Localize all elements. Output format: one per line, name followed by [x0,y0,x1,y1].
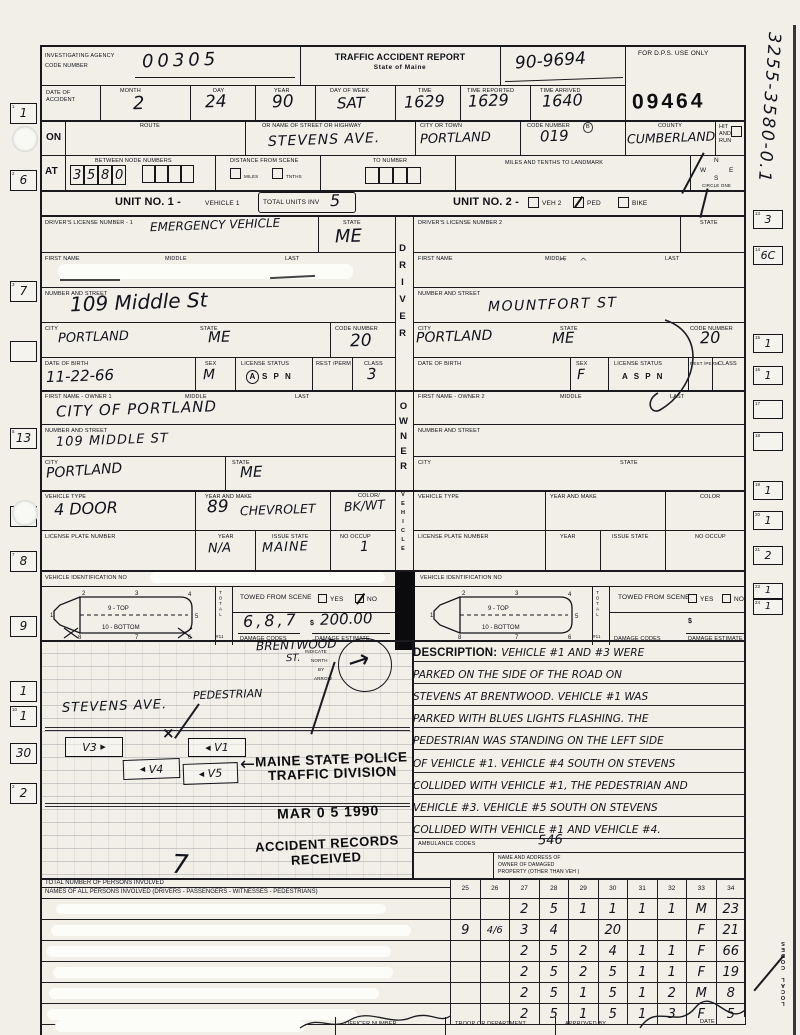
table-cell: 5 [598,983,628,1004]
margin-box [10,341,37,362]
divider [100,85,101,120]
compass-n: N [714,157,719,165]
margin-box: 1 [10,681,37,702]
redaction-whiteout [53,967,393,978]
node-digit-box-empty[interactable] [142,165,155,183]
v1-occup-value: 1 [360,540,369,554]
redaction-whiteout [58,264,353,279]
unit1-sub-label: VEHICLE 1 [205,200,240,208]
table-cell [480,962,510,983]
v3-label: V3 [82,741,97,754]
v2-occup-label: NO OCCUP [695,534,726,541]
node-digit: 0 [115,169,123,182]
divider [609,612,746,613]
miles-label: MILES [244,174,258,179]
divider [352,357,353,390]
bike-checkbox[interactable] [618,197,629,208]
margin-box: 146C [753,246,783,265]
pen-mark [60,279,120,281]
margin-box: 30 [10,743,37,764]
divider [40,190,746,192]
description-text: PEDESTRIAN WAS STANDING ON THE LEFT SIDE [413,735,664,749]
divider [555,1017,556,1035]
table-cell [451,983,481,1004]
table-row: 2 5 2 4 1 1 F 66 [41,941,746,962]
agency-label: INVESTIGATING AGENCY [45,53,115,60]
o1-state-value: ME [240,465,263,481]
damage-codes-value: 6,8,7 [243,612,299,630]
table-cell: 1 [657,899,687,920]
person-name-cell [41,983,451,1004]
margin-box-value: 1 [754,337,782,350]
table-cell: F [687,962,717,983]
description-text: COLLIDED WITH VEHICLE #1, THE PEDESTRIAN… [413,780,688,794]
margin-box: 513 [10,428,37,449]
diagram-num: 5 [195,614,199,620]
table-row: 2 5 2 5 1 1 F 19 [41,962,746,983]
margin-box-value: 6 [11,173,36,187]
to-number-box[interactable] [393,167,407,184]
unit1-label: UNIT NO. 1 - [115,196,181,209]
damage-estimate-value: 200.00 [320,611,373,628]
description-line: VEHICLE #3. VEHICLE #5 SOUTH ON STEVENS [413,795,745,817]
month-value: 2 [133,95,145,113]
street-name-value: STEVENS AVE. [268,131,381,149]
divider [195,357,196,390]
description-line: DESCRIPTION: VEHICLE #1 AND #3 WERE [413,640,745,662]
veh2-checkbox[interactable] [528,197,539,208]
margin-box-value: 1 [754,585,782,596]
divider [680,215,681,252]
time-reported-value: 1629 [468,92,509,109]
description-line: STEVENS AT BRENTWOOD. VEHICLE #1 WAS [413,684,745,706]
v1-plate-year-value: N/A [208,542,231,556]
margin-box-value: 2 [11,786,36,800]
divider [135,77,295,78]
margin-box-value: 1 [11,684,36,698]
arrow-icon: ◀ [205,744,210,752]
to-number-box[interactable] [365,167,379,184]
north-label: NORTH [311,658,328,663]
col-header: 27 [510,879,540,899]
divider [330,490,331,570]
table-cell: 1 [569,899,599,920]
v2-plate-label: LICENSE PLATE NUMBER [418,534,488,541]
divider [225,456,226,490]
unit2-label: UNIT NO. 2 - [453,196,519,209]
d1-status-rest: S P N [262,372,293,382]
divider [40,287,395,288]
towed2-label: TOWED FROM SCENE [618,594,690,602]
scanned-accident-report: INVESTIGATING AGENCY CODE NUMBER 00305 T… [0,0,800,1035]
divider [245,120,246,155]
divider [413,852,746,853]
local-codes-label: LOCAL CODES [780,940,786,1006]
divider [255,530,256,570]
hit-label: HIT [719,124,728,131]
table-cell [451,899,481,920]
to-number-label: TO NUMBER [355,158,425,165]
d2-state2-value: ME [552,331,575,347]
divider [40,586,395,587]
divider [686,633,744,634]
form-title: TRAFFIC ACCIDENT REPORT [300,52,500,63]
hole-punch [12,500,38,526]
o2-middle-label: MIDDLE [560,394,582,401]
total-vertical-label: TOTAL [218,590,223,618]
indicate-label: INDICATE [305,649,327,654]
divider [415,586,746,587]
margin-box: 101 [10,706,37,727]
vin2-label: VEHICLE IDENTIFICATION NO [420,575,502,582]
table-cell: 9 [451,920,481,941]
divider [395,215,396,570]
table-header-row: TOTAL NUMBER OF PERSONS INVOLVED NAMES O… [41,879,746,899]
divider [395,85,396,120]
table-cell: 2 [510,962,540,983]
diagram-num: 2 [462,591,466,597]
d1-code-value: 20 [350,333,372,351]
ped-checkbox[interactable] [573,197,584,208]
divider [530,85,531,120]
ped-label: PED [587,200,601,208]
table-cell: 4 [598,941,628,962]
d2-city-value: PORTLAND [416,329,493,346]
divider [318,215,319,252]
table-row: 9 4/6 3 4 20 F 21 [41,920,746,941]
on-prefix: ON [46,132,61,144]
divider [255,85,256,120]
names-label: NAMES OF ALL PERSONS INVOLVED (DRIVERS -… [41,888,450,895]
table-cell: 3 [510,920,540,941]
towed2-yes-checkbox[interactable] [688,594,697,603]
col-header: 26 [480,879,510,899]
d1-class-value: 3 [367,367,377,382]
margin-box: 133 [753,210,783,229]
margin-box-value: 6C [754,249,782,262]
divider [215,155,216,190]
divider [330,322,331,357]
to-number-box[interactable] [379,167,393,184]
v1-plate-year-label: YEAR [218,534,234,541]
node-digit-box[interactable]: 8 [98,165,112,185]
pen-mark: ^ ^ [558,258,587,268]
diagram-bottom-label: 10 - BOTTOM [102,625,140,631]
divider [232,586,233,645]
diagram-num: 5 [575,614,579,620]
ambulance-codes-label: AMBULANCE CODES [418,841,476,848]
node-digit: 5 [87,169,95,182]
divider [413,215,414,570]
divider [238,633,300,634]
day-value: 24 [205,94,227,112]
divider [40,456,395,457]
node-digit-box[interactable]: 3 [70,165,84,185]
table-cell: 1 [657,941,687,962]
v1-label: V1 [214,741,229,754]
table-cell: 5 [539,941,569,962]
towed1-yes-label: YES [330,596,343,604]
table-cell: 1 [628,941,658,962]
county-value: CUMBERLAND [627,130,716,146]
sketch-vehicle-v1: ◀ V1 [188,738,246,757]
node-digit-box-empty[interactable] [168,165,181,183]
divider [520,120,521,155]
table-cell: 2 [569,941,599,962]
description-line: PARKED WITH BLUES LIGHTS FLASHING. THE [413,706,745,728]
hole-punch [12,126,38,152]
node-digit: 8 [101,169,109,182]
v4-label: V4 [148,762,163,775]
description-text: VEHICLE #3. VEHICLE #5 SOUTH ON STEVENS [413,802,658,816]
table-cell: 4 [539,920,569,941]
table-cell: F [687,920,717,941]
d2-last-label: LAST [665,256,679,263]
by-label: BY [318,667,324,672]
diagram-num: 3 [515,591,519,597]
arrow-icon: ▶ [100,743,105,751]
margin-box: 11 [10,103,37,124]
col-header: 33 [687,879,717,899]
landmark-label: MILES AND TENTHS TO LANDMARK [505,160,603,167]
table-cell: 19 [716,962,746,983]
divider [413,456,746,457]
divider [312,357,313,390]
divider [413,287,746,288]
divider [40,120,746,122]
table-cell: 1 [628,962,658,983]
miles-checkbox[interactable] [230,168,241,179]
day-of-week-value: SAT [337,96,365,112]
diagram-bottom-label: 10 - BOTTOM [482,625,520,631]
v1-plate-label: LICENSE PLATE NUMBER [45,534,115,541]
bike-label: BIKE [632,200,647,208]
d1-rest-perm-label: REST /PERM [316,361,351,368]
driver-strip-label: DRIVER [397,243,408,345]
margin-box-value: 1 [754,601,782,612]
tenths-checkbox[interactable] [272,168,283,179]
o1-name-label: FIRST NAME - OWNER 1 [45,394,112,401]
o1-name-value: CITY OF PORTLAND [56,399,217,420]
col-header: 32 [657,879,687,899]
v1-year-value: 89 [207,499,229,517]
divider [500,45,501,85]
at-prefix: AT [45,166,58,178]
table-cell [569,920,599,941]
margin-box: 18 [753,432,783,451]
margin-box: 241 [753,599,783,615]
table-cell: 21 [716,920,746,941]
distance-from-scene-label: DISTANCE FROM SCENE [230,158,298,165]
margin-box-value: 2 [754,549,782,562]
ambulance-codes-value: 546 [538,834,563,848]
margin-box: 78 [10,551,37,572]
description-section: DESCRIPTION: VEHICLE #1 AND #3 WERE PARK… [413,640,745,830]
node-digit-box[interactable]: 0 [112,165,126,185]
report-stamp-number: 09464 [632,89,706,114]
table-cell: 20 [598,920,628,941]
margin-box: 26 [10,170,37,191]
towed1-no-checkbox[interactable] [355,594,364,603]
v5-label: V5 [207,767,222,780]
sketch-pedestrian-label: PEDESTRIAN [193,688,263,701]
margin-box-label: 17 [755,401,760,406]
total-persons-value: 7 [172,852,189,879]
property-owner-label-2: OWNER OF DAMAGED [498,862,555,868]
towed1-no-label: NO [367,596,377,604]
compass-e: E [729,167,734,175]
agency-label-2: CODE NUMBER [45,63,88,70]
d1-last-label: LAST [285,256,299,263]
sketch-vehicle-v4: ◀ V4 [123,758,181,780]
redaction-whiteout [51,925,411,936]
diagram-num: 4 [568,592,572,598]
table-cell: 1 [657,962,687,983]
margin-box: 151 [753,334,783,353]
person-name-cell [41,899,451,920]
d2-street-value: MOUNTFORT ST [488,296,618,315]
v1-make-value: CHEVROLET [240,503,316,518]
divider [40,424,395,425]
divider [40,490,746,492]
divider [40,45,746,47]
vehicle-damage-diagram: 9 - TOP 10 - BOTTOM 1 2 3 4 5 6 7 8 [430,590,580,640]
redaction-whiteout [46,946,391,957]
description-line: COLLIDED WITH VEHICLE #1, THE PEDESTRIAN… [413,773,745,795]
table-cell [657,920,687,941]
node-digit-box[interactable]: 5 [84,165,98,185]
divider [65,120,66,190]
towed1-label: TOWED FROM SCENE [240,594,312,602]
table-cell: 5 [539,983,569,1004]
margin-box-value: 3 [754,213,782,226]
description-line: PARKED ON THE SIDE OF THE ROAD ON [413,662,745,684]
table-cell: 23 [716,899,746,920]
d1-license-label: DRIVER'S LICENSE NUMBER - 1 [45,220,133,227]
description-text: PARKED WITH BLUES LIGHTS FLASHING. THE [413,713,648,727]
dollar-sign: $ [688,618,692,626]
troop-department-label: TROOP OR DEPARTMENT [455,1021,526,1028]
person-name-cell [41,920,451,941]
divider [415,120,416,155]
divider [413,252,746,253]
margin-box-label: 18 [755,433,760,438]
divider [609,586,610,645]
description-text: OF VEHICLE #1. VEHICLE #4 SOUTH ON STEVE… [413,758,675,772]
table-cell: 2 [510,899,540,920]
table-cell: 2 [510,941,540,962]
code-circled-mark: B [583,122,593,133]
d1-sex-value: M [203,368,216,382]
col-header: 31 [628,879,658,899]
divider [505,77,623,82]
table-cell [480,983,510,1004]
divider [320,155,321,190]
table-cell [451,941,481,962]
margin-box: 17 [753,400,783,419]
street-name-label: OR NAME OF STREET OR HIGHWAY [262,123,361,130]
scan-page-edge [793,25,796,1035]
towed2-no-checkbox[interactable] [722,594,731,603]
margin-box-value: 1 [754,514,782,527]
margin-box: 37 [10,281,37,302]
table-cell: F [687,941,717,962]
description-label: DESCRIPTION: [413,647,501,661]
table-cell: 2 [569,962,599,983]
divider [40,570,746,572]
sketch-brentwood-st-label: ST. [286,654,301,664]
to-number-box[interactable] [407,167,421,184]
d2-license-label: DRIVER'S LICENSE NUMBER 2 [418,220,502,227]
col-header: 29 [569,879,599,899]
table-cell [628,920,658,941]
table-cell [480,899,510,920]
margin-box-value: 30 [11,746,36,760]
v2-plate-year-label: YEAR [560,534,576,541]
v2-issue-label: ISSUE STATE [612,534,649,541]
property-owner-label-1: NAME AND ADDRESS OF [498,855,561,861]
hit-and-run-checkbox[interactable] [731,126,742,137]
node-digit: 3 [73,169,81,182]
margin-box-value: 13 [11,431,36,445]
table-cell: M [687,899,717,920]
arrow-icon: ◀ [199,770,205,778]
tenths-label: TNTHS [286,174,302,179]
description-text: VEHICLE #1 AND #3 WERE [501,647,644,661]
agency-code-value: 00305 [142,51,220,72]
d2-sex-value: F [577,368,586,382]
redaction-whiteout [150,572,385,583]
margin-box-value: 9 [11,619,36,633]
d1-middle-label: MIDDLE [165,256,187,263]
margin-box: 22 [10,783,37,804]
node-digit-box-empty[interactable] [181,165,194,183]
time-value: 1629 [404,93,445,110]
d2-first-name-label: FIRST NAME [418,256,453,263]
dollar-sign: $ [310,620,314,628]
d1-city-label: CITY [45,326,58,333]
d1-city-value: PORTLAND [58,330,129,345]
case-number-value: 90-9694 [514,51,586,73]
d1-dob-value: 11-22-66 [46,368,115,385]
node-digit-box-empty[interactable] [155,165,168,183]
arrow-icon: ◀ [140,765,146,773]
road-edge-line [45,727,410,728]
o2-last-label: LAST [670,394,684,401]
divider [195,490,196,570]
d1-license-note: EMERGENCY VEHICLE [150,217,281,234]
date-of-accident-label: DATE OF ACCIDENT [46,90,92,103]
vehicle-damage-diagram: 9 - TOP 10 - BOTTOM 1 2 3 4 5 6 7 8 [50,590,200,640]
description-line: COLLIDED WITH VEHICLE #1 AND VEHICLE #4. [413,817,745,839]
col-header: 34 [716,879,746,899]
description-line: OF VEHICLE #1. VEHICLE #4 SOUTH ON STEVE… [413,750,745,772]
table-cell: 4/6 [480,920,510,941]
table-cell: 5 [539,899,569,920]
margin-box-value: 1 [754,369,782,382]
route-label: ROUTE [120,123,180,130]
towed1-yes-checkbox[interactable] [318,594,327,603]
o1-city-value: PORTLAND [46,461,123,480]
margin-box: 161 [753,366,783,385]
node-numbers-label: BETWEEN NODE NUMBERS [95,158,172,165]
diagram-num: 3 [135,591,139,597]
city-or-town-label: CITY OR TOWN [420,123,462,130]
total-units-label: TOTAL UNITS INV [263,199,319,207]
total-num-label: #11 [593,634,601,639]
d2-state-label: STATE [700,220,718,227]
pedestrian-x-mark: ⨯ [162,726,175,741]
